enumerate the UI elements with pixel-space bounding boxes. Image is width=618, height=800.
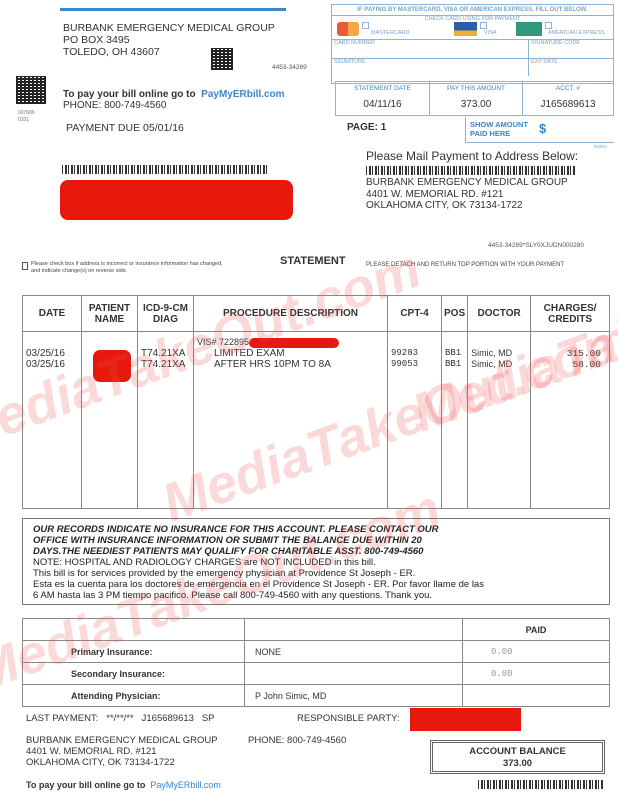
col-procedure: PROCEDURE DESCRIPTION [194, 296, 388, 332]
col-pos: POS [442, 296, 468, 332]
payment-due: PAYMENT DUE 05/01/16 [66, 122, 184, 134]
redacted-recipient [60, 180, 293, 220]
footer-address: BURBANK EMERGENCY MEDICAL GROUP 4401 W. … [26, 735, 218, 768]
pay-link[interactable]: PayMyERbill.com [201, 89, 284, 100]
col-diag: ICD-9-CM DIAG [138, 296, 194, 332]
mastercard-checkbox[interactable] [362, 22, 369, 29]
mastercard-label: MASTERCARD [371, 30, 410, 36]
statement-summary: STATEMENT DATE 04/11/16 PAY THIS AMOUNT … [335, 81, 614, 116]
statement-date: 04/11/16 [336, 99, 429, 110]
detach-note: PLEASE DETACH AND RETURN TOP PORTION WIT… [366, 262, 564, 268]
show-amount-label: SHOW AMOUNT PAID HERE [470, 120, 542, 138]
account-balance-label: ACCOUNT BALANCE [433, 746, 602, 758]
sender-address: BURBANK EMERGENCY MEDICAL GROUP PO BOX 3… [63, 22, 275, 58]
redacted-visit [249, 338, 339, 348]
amex-checkbox[interactable] [545, 22, 552, 29]
postal-barcode [366, 166, 576, 175]
amex-icon [516, 22, 542, 36]
page-number: PAGE: 1 [347, 122, 386, 133]
qr-code-icon [16, 76, 46, 104]
reference-code: 4453-34269*SLY0XJUDN000280 [488, 242, 584, 249]
online-pay: To pay your bill online go to PayMyERbil… [63, 89, 285, 111]
dollar-sign: $ [539, 121, 546, 136]
sender-address2: TOLEDO, OH 43607 [63, 46, 275, 58]
address-change-note: Please check box if address is incorrect… [31, 261, 231, 274]
paid-header: PAID [463, 619, 610, 641]
table-row: Primary Insurance:NONE0.00 [23, 641, 610, 663]
sender-address1: PO BOX 3495 [63, 34, 275, 46]
charges-table: DATE PATIENT NAME ICD-9-CM DIAG PROCEDUR… [22, 295, 610, 509]
insurance-notice: OUR RECORDS INDICATE NO INSURANCE FOR TH… [22, 518, 610, 605]
phone: PHONE: 800-749-4560 [63, 100, 285, 111]
footer-online: To pay your bill online go to PayMyERbil… [26, 780, 221, 790]
mail-heading: Please Mail Payment to Address Below: [366, 149, 578, 163]
top-rule [60, 8, 286, 11]
qr-code-icon [211, 48, 233, 70]
side-code: 007686 0101 [18, 110, 35, 124]
address-change-checkbox[interactable] [22, 262, 28, 270]
statement-title: STATEMENT [280, 255, 346, 267]
table-row: Secondary Insurance:0.00 [23, 663, 610, 685]
responsible-party-label: RESPONSIBLE PARTY: [297, 713, 400, 724]
visa-icon [454, 22, 477, 36]
table-row: Attending Physician:P John Simic, MD [23, 685, 610, 707]
redacted-responsible-party [410, 708, 521, 731]
visa-label: VISA [484, 30, 497, 36]
card-form-header: IF PAYING BY MASTERCARD, VISA OR AMERICA… [332, 5, 613, 16]
insurance-table: PAID Primary Insurance:NONE0.00 Secondar… [22, 618, 610, 707]
account-balance: 373.00 [433, 758, 602, 770]
amount-paid-field[interactable]: SHOW AMOUNT PAID HERE $ [465, 117, 614, 143]
postal-barcode [62, 165, 268, 174]
col-date: DATE [23, 296, 82, 332]
form-code: 8320A [594, 144, 607, 149]
acct-number: J165689613 [523, 99, 613, 110]
statement-date-label: STATEMENT DATE [336, 85, 429, 92]
table-row: 03/25/1603/25/16 T74.21XAT74.21XA VIS# 7… [23, 332, 610, 509]
col-cpt: CPT-4 [388, 296, 442, 332]
postal-barcode [478, 780, 604, 789]
online-prefix: To pay your bill online go to [63, 89, 196, 100]
pay-amount-label: PAY THIS AMOUNT [430, 85, 522, 92]
footer-phone: PHONE: 800-749-4560 [248, 735, 346, 746]
pay-amount: 373.00 [430, 99, 522, 110]
sender-code: 4453-34269 [272, 64, 307, 71]
col-charges: CHARGES/ CREDITS [531, 296, 610, 332]
col-doctor: DOCTOR [468, 296, 531, 332]
visa-checkbox[interactable] [480, 22, 487, 29]
account-balance-box: ACCOUNT BALANCE 373.00 [430, 740, 605, 774]
acct-label: ACCT. # [523, 85, 613, 92]
col-patient: PATIENT NAME [82, 296, 138, 332]
mastercard-icon [337, 22, 359, 36]
card-payment-form: IF PAYING BY MASTERCARD, VISA OR AMERICA… [331, 4, 614, 84]
amex-label: AMERICAN EXPRESS [548, 30, 605, 36]
exp-date-field[interactable]: EXP DATE [529, 59, 613, 76]
mail-address: BURBANK EMERGENCY MEDICAL GROUP 4401 W. … [366, 177, 568, 212]
signature-field[interactable]: SIGNATURE [332, 59, 529, 76]
card-number-field[interactable]: CARD NUMBER [332, 40, 529, 58]
redacted-patient-name [93, 350, 131, 382]
pay-link-footer[interactable]: PayMyERbill.com [150, 780, 221, 790]
signature-code-field[interactable]: SIGNATURE CODE [529, 40, 613, 58]
sender-name: BURBANK EMERGENCY MEDICAL GROUP [63, 22, 275, 34]
last-payment: LAST PAYMENT: **/**/** J165689613 SP [26, 713, 215, 724]
